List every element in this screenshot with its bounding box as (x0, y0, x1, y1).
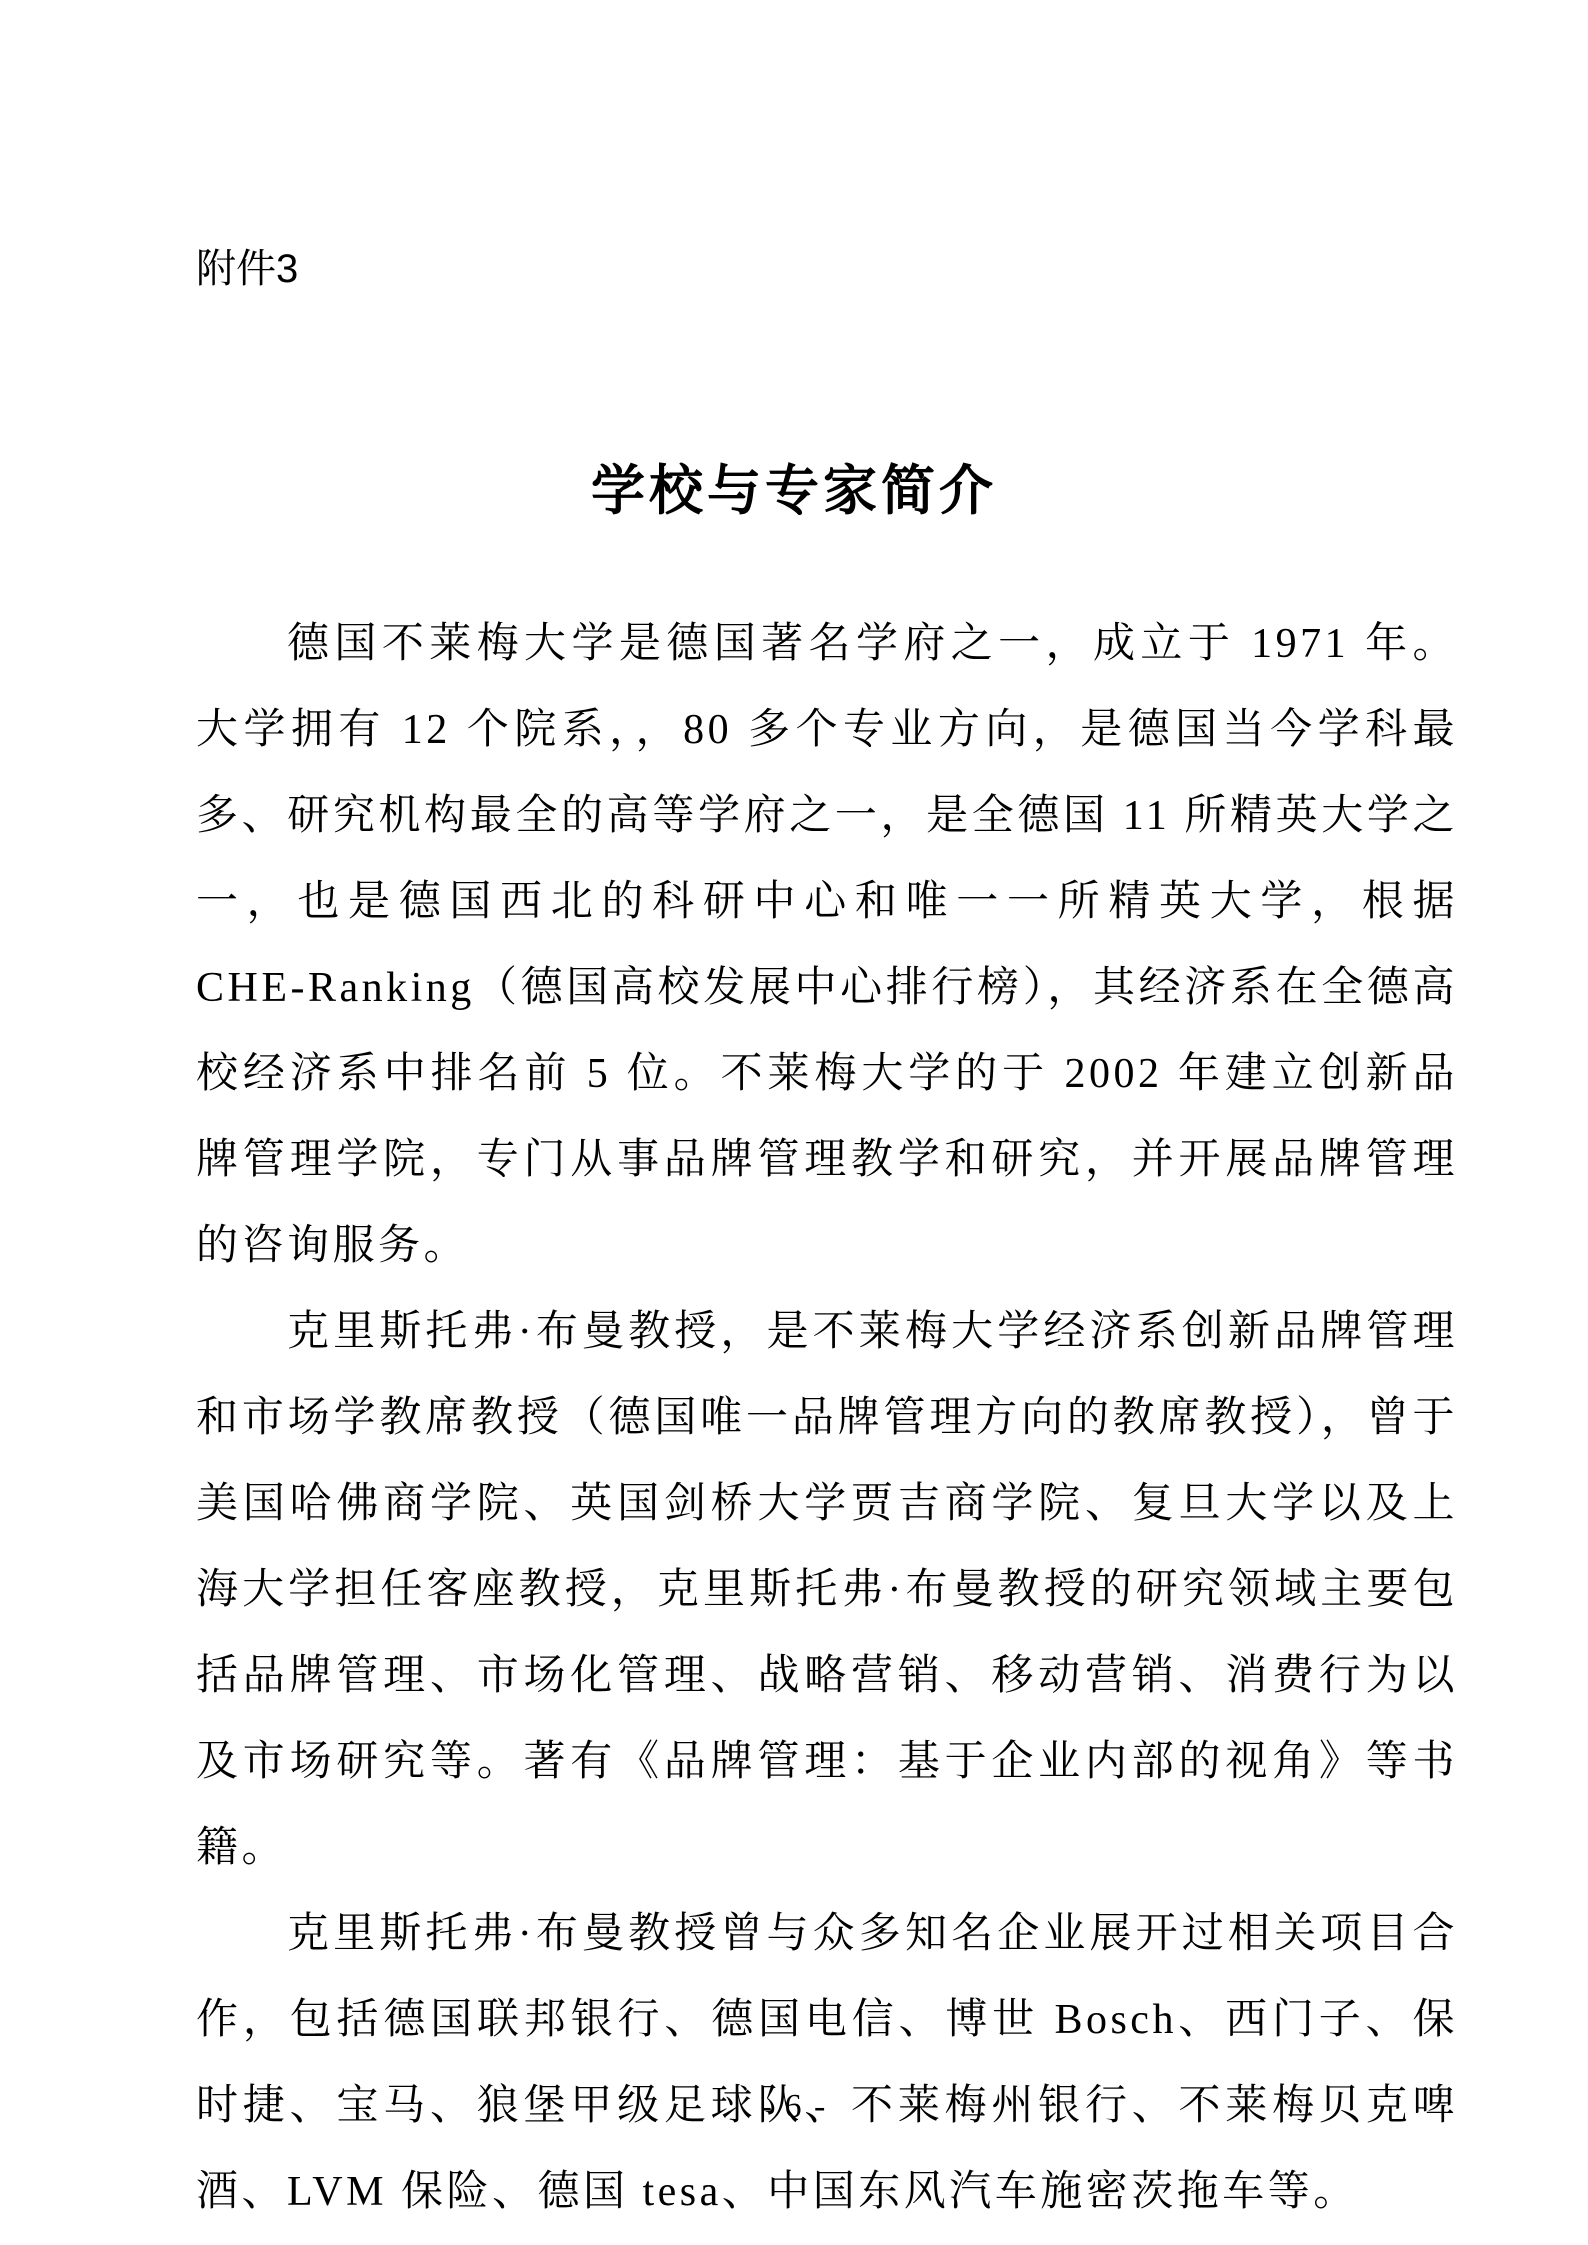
document-body: 德国不莱梅大学是德国著名学府之一，成立于 1971 年。大学拥有 12 个院系，… (196, 601, 1458, 2235)
page-number: - 6 - (0, 2088, 1588, 2126)
document-page: 附件3 学校与专家简介 德国不莱梅大学是德国著名学府之一，成立于 1971 年。… (0, 0, 1588, 2245)
page-title: 学校与专家简介 (0, 448, 1588, 525)
body-paragraph: 克里斯托弗·布曼教授曾与众多知名企业展开过相关项目合作，包括德国联邦银行、德国电… (196, 1891, 1458, 2235)
attachment-label: 附件3 (196, 245, 298, 293)
body-paragraph: 克里斯托弗·布曼教授，是不莱梅大学经济系创新品牌管理和市场学教席教授（德国唯一品… (196, 1289, 1458, 1891)
body-paragraph: 德国不莱梅大学是德国著名学府之一，成立于 1971 年。大学拥有 12 个院系，… (196, 601, 1458, 1289)
